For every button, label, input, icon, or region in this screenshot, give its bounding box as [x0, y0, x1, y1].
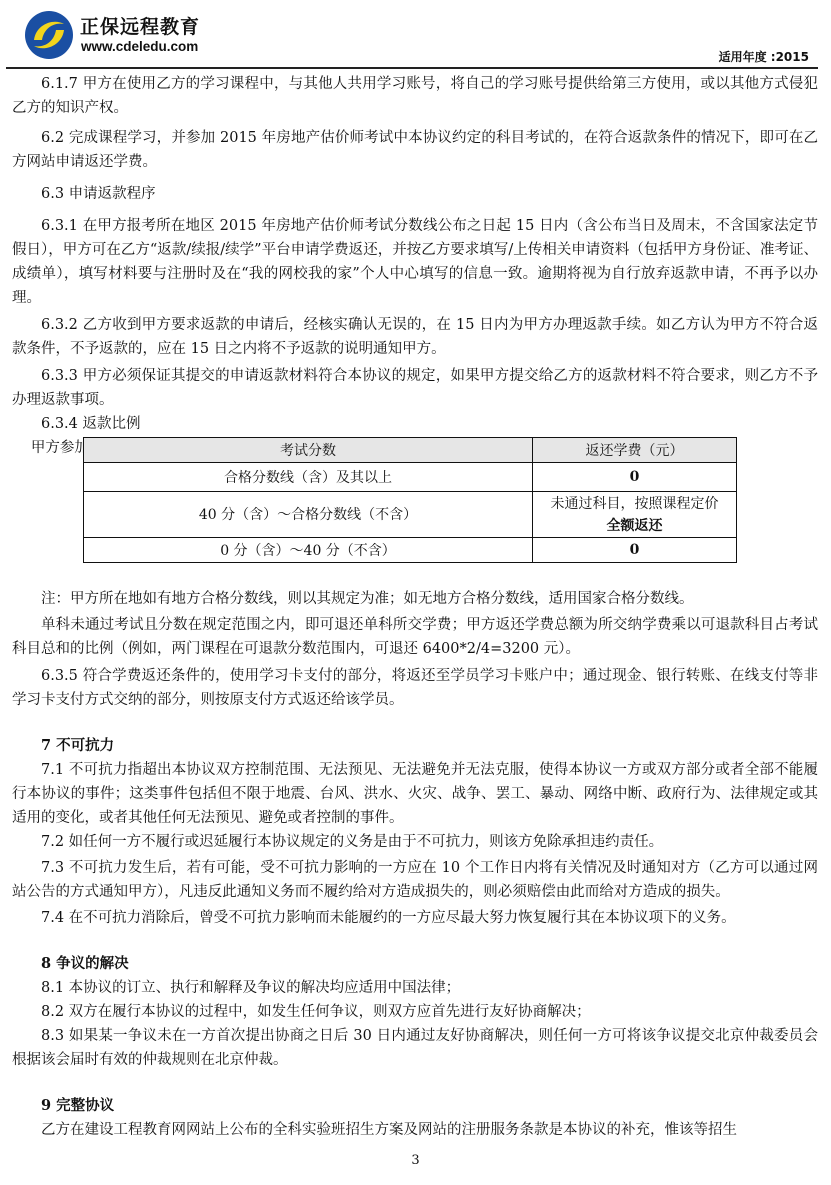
- clause-6-1-7: 6.1.7 甲方在使用乙方的学习课程中，与其他人共用学习账号，将自己的学习账号提…: [12, 72, 818, 120]
- clause-7-2: 7.2 如任何一方不履行或迟延履行本协议规定的义务是由于不可抗力，则该方免除承担…: [12, 830, 818, 854]
- clause-7-3: 7.3 不可抗力发生后，若有可能，受不可抗力影响的一方应在 10 个工作日内将有…: [12, 856, 818, 904]
- refund-cell: 0: [533, 463, 737, 492]
- clause-6-3-4-heading: 6.3.4 返款比例: [12, 412, 818, 436]
- clause-8-1: 8.1 本协议的订立、执行和解释及争议的解决均应适用中国法律；: [12, 976, 818, 1000]
- clause-8-3: 8.3 如果某一争议未在一方首次提出协商之日后 30 日内通过友好协商解决，则任…: [12, 1024, 818, 1072]
- clause-6-3-2: 6.3.2 乙方收到甲方要求返款的申请后，经核实确认无误的，在 15 日内为甲方…: [12, 313, 818, 361]
- brand-url: www.cdeledu.com: [81, 39, 198, 54]
- section-9-heading: 9 完整协议: [12, 1094, 818, 1118]
- score-cell: 合格分数线（含）及其以上: [84, 463, 533, 492]
- applicable-year: 适用年度 :2015: [719, 48, 809, 65]
- clause-9-text: 乙方在建设工程教育网网站上公布的全科实验班招生方案及网站的注册服务条款是本协议的…: [12, 1118, 818, 1142]
- clause-6-3-heading: 6.3 申请返款程序: [12, 182, 818, 206]
- page-number: 3: [0, 1153, 831, 1168]
- table-header-refund: 返还学费（元）: [533, 438, 737, 463]
- table-row: 0 分（含）～40 分（不含） 0: [84, 538, 737, 563]
- clause-8-2: 8.2 双方在履行本协议的过程中，如发生任何争议，则双方应首先进行友好协商解决；: [12, 1000, 818, 1024]
- cdeledu-logo-icon: [24, 10, 74, 60]
- table-header-score: 考试分数: [84, 438, 533, 463]
- header-divider: [6, 67, 818, 69]
- clause-6-2: 6.2 完成课程学习，并参加 2015 年房地产估价师考试中本协议约定的科目考试…: [12, 126, 818, 174]
- document-body: 6.1.7 甲方在使用乙方的学习课程中，与其他人共用学习账号，将自己的学习账号提…: [12, 72, 818, 1142]
- table-note: 注：甲方所在地如有地方合格分数线，则以其规定为准；如无地方合格分数线，适用国家合…: [12, 587, 818, 611]
- refund-cell-line1: 未通过科目，按照课程定价: [537, 493, 732, 515]
- table-row: 合格分数线（含）及其以上 0: [84, 463, 737, 492]
- refund-ratio-table: 考试分数 返还学费（元） 合格分数线（含）及其以上 0 40 分（含）～合格分数…: [83, 437, 737, 563]
- refund-cell: 0: [533, 538, 737, 563]
- table-row: 40 分（含）～合格分数线（不含） 未通过科目，按照课程定价 全额返还: [84, 492, 737, 538]
- page-header: 正保远程教育 www.cdeledu.com 适用年度 :2015: [0, 0, 831, 72]
- section-8-heading: 8 争议的解决: [12, 952, 818, 976]
- section-7-heading: 7 不可抗力: [12, 734, 818, 758]
- score-cell: 0 分（含）～40 分（不含）: [84, 538, 533, 563]
- clause-7-4: 7.4 在不可抗力消除后，曾受不可抗力影响而未能履约的一方应尽最大努力恢复履行其…: [12, 906, 818, 930]
- clause-6-3-1: 6.3.1 在甲方报考所在地区 2015 年房地产估价师考试分数线公布之日起 1…: [12, 214, 818, 310]
- refund-cell: 未通过科目，按照课程定价 全额返还: [533, 492, 737, 538]
- score-cell: 40 分（含）～合格分数线（不含）: [84, 492, 533, 538]
- clause-7-1: 7.1 不可抗力指超出本协议双方控制范围、无法预见、无法避免并无法克服，使得本协…: [12, 758, 818, 830]
- refund-cell-line2: 全额返还: [537, 515, 732, 537]
- single-subject-refund: 单科未通过考试且分数在规定范围之内，即可退还单科所交学费；甲方返还学费总额为所交…: [12, 613, 818, 661]
- brand-name: 正保远程教育: [80, 12, 200, 39]
- clause-6-3-3: 6.3.3 甲方必须保证其提交的申请返款材料符合本协议的规定，如果甲方提交给乙方…: [12, 364, 818, 412]
- clause-6-3-5: 6.3.5 符合学费返还条件的，使用学习卡支付的部分，将返还至学员学习卡账户中；…: [12, 664, 818, 712]
